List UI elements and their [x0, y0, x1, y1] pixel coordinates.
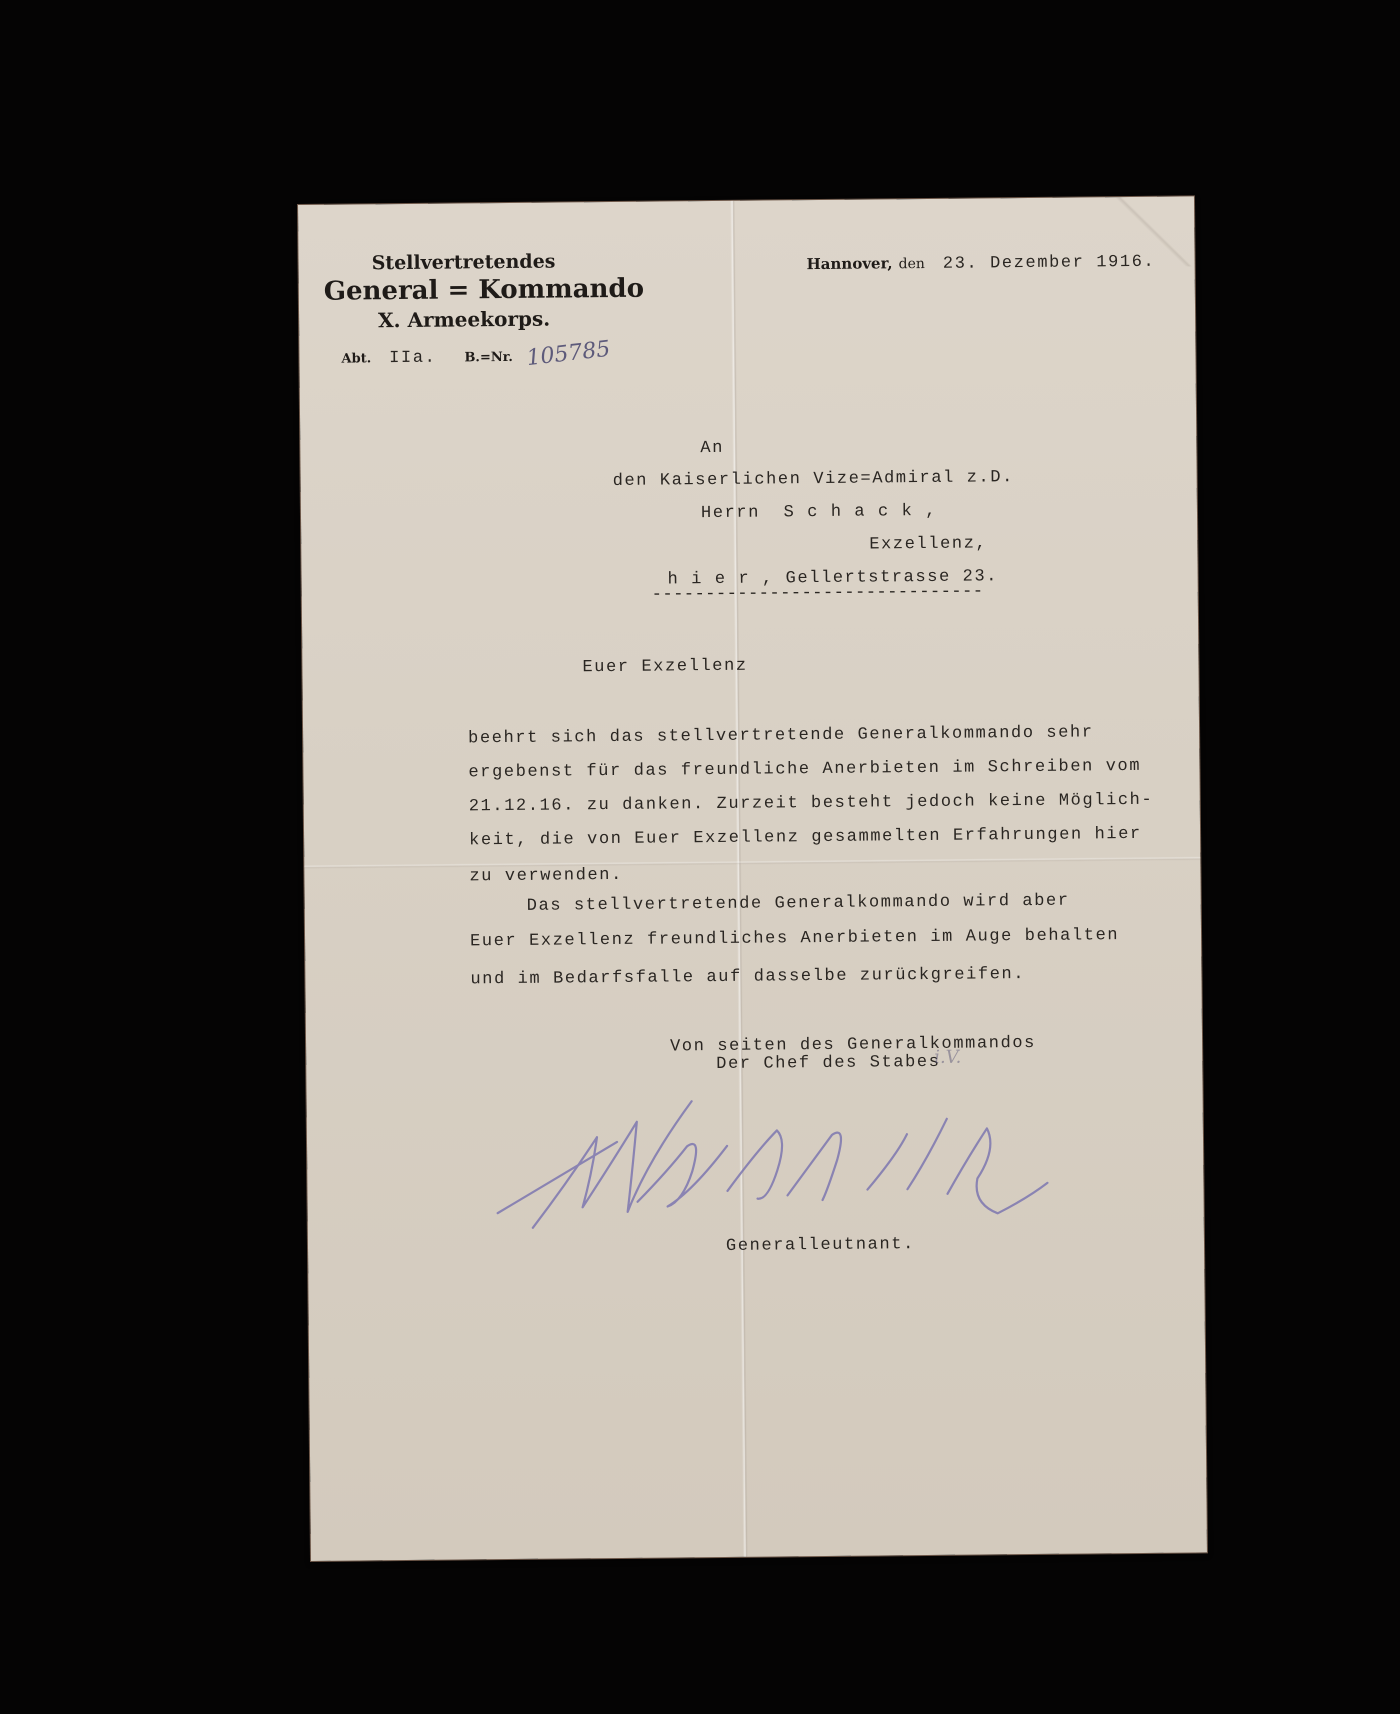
letterhead-line-1: Stellvertretendes — [353, 250, 573, 274]
letter-paper: Stellvertretendes General = Kommando X. … — [298, 196, 1207, 1561]
address-line-2: Herrn S c h a c k , — [701, 502, 937, 523]
dateline: Hannover, den 23. Dezember 1916. — [807, 252, 1156, 275]
address-line-3: Exzellenz, — [869, 534, 987, 554]
horizontal-fold-crease — [304, 856, 1200, 869]
closing-initial: i.V. — [934, 1047, 961, 1068]
body-p2-line-2: Euer Exzellenz freundliches Anerbieten i… — [470, 926, 1119, 951]
abt-value: IIa. — [389, 349, 436, 368]
signature-icon — [486, 1077, 1108, 1243]
closing-line-2: Der Chef des Stabes — [716, 1053, 940, 1074]
body-p2-line-1: Das stellvertretende Generalkommando wir… — [527, 892, 1070, 916]
reference-line: Abt. IIa. B.=Nr. 105785 — [341, 341, 611, 369]
abt-label: Abt. — [341, 351, 371, 366]
body-p1-line-2: ergebenst für das freundliche Anerbieten… — [468, 757, 1141, 782]
vertical-fold-crease — [730, 201, 748, 1557]
body-p1-line-3: 21.12.16. zu danken. Zurzeit besteht jed… — [469, 791, 1154, 817]
dateline-date: 23. Dezember 1916. — [943, 253, 1156, 274]
bnr-value: 105785 — [526, 337, 612, 371]
signature-rank: Generalleutnant. — [726, 1235, 915, 1256]
address-underline: ------------------------------- — [652, 582, 984, 604]
bnr-label: B.=Nr. — [464, 350, 513, 365]
body-p1-line-1: beehrt sich das stellvertretende General… — [468, 723, 1094, 748]
salutation: Euer Exzellenz — [582, 657, 747, 678]
address-an: An — [700, 439, 724, 458]
letterhead-line-2: General = Kommando — [324, 274, 604, 307]
body-p1-line-4: keit, die von Euer Exzellenz gesammelten… — [469, 825, 1142, 850]
letterhead-line-3: X. Armeekorps. — [354, 306, 574, 332]
dateline-place: Hannover, — [807, 254, 893, 273]
body-p1-line-5: zu verwenden. — [469, 866, 623, 886]
body-p2-line-3: und im Bedarfsfalle auf dasselbe zurückg… — [470, 965, 1025, 989]
address-line-1: den Kaiserlichen Vize=Admiral z.D. — [613, 468, 1014, 491]
dateline-den: den — [899, 256, 925, 272]
